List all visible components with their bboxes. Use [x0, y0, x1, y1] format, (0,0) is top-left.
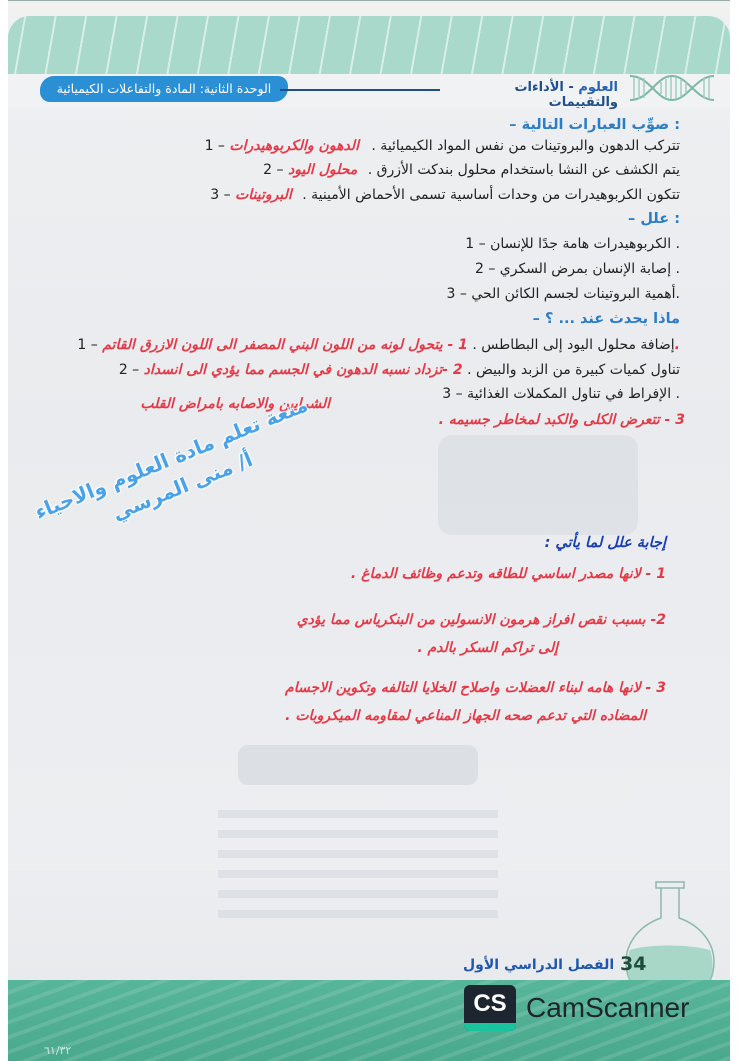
top-decorative-band [8, 16, 730, 74]
answer-explain-2-cont: إلى تراكم السكر بالدم . [417, 640, 558, 656]
faded-image-area [438, 435, 638, 535]
what-happens-item-1: 1 – إضافة محلول اليود إلى البطاطس . 1 - … [77, 337, 680, 353]
explain-heading: – علل : [628, 211, 680, 227]
explain-item-2: 2 – إصابة الإنسان بمرض السكري . [475, 261, 680, 277]
faded-activity-banner [238, 745, 478, 785]
answer-explain-2: 2- بسبب نقص افراز هرمون الانسولين من الب… [297, 612, 666, 628]
camscanner-logo-stripe [464, 1023, 516, 1031]
answer-explain-3-cont: المضاده التي تدعم صحه الجهاز المناعي لمق… [285, 708, 646, 724]
correct-item-1-answer: الدهون والكربوهيدرات [229, 138, 359, 154]
correct-heading: – صوِّب العبارات التالية : [509, 117, 680, 133]
answers-explain-heading: إجابة علل لما يأتي : [545, 535, 666, 551]
camscanner-wordmark: CamScanner [526, 992, 689, 1024]
top-paper-edge [8, 0, 730, 16]
subject-separator: - [564, 80, 578, 95]
camscanner-logo-text: CS [464, 990, 516, 1018]
unit-badge: الوحدة الثانية: المادة والتفاعلات الكيمي… [40, 76, 288, 102]
what-happens-heading: – ماذا يحدث عند ... ؟ [533, 311, 680, 327]
page-number: 34 [620, 953, 646, 975]
what-happens-item-3: 3 – الإفراط في تناول المكملات الغذائية . [442, 386, 680, 402]
answer-explain-1: 1 - لانها مصدر اساسي للطاقه وتدعم وظائف … [351, 566, 666, 582]
faded-text-block [218, 810, 498, 920]
scan-reference: ٦١/٣٢ [44, 1044, 71, 1057]
header-divider [280, 89, 440, 91]
what-happens-item-2: 2 – تناول كميات كبيرة من الزبد والبيض . … [119, 362, 680, 378]
answer-explain-3: 3 - لانها هامه لبناء العضلات واصلاح الخل… [285, 680, 666, 696]
worksheet-page: الوحدة الثانية: المادة والتفاعلات الكيمي… [8, 0, 730, 1061]
dna-icon [626, 68, 718, 108]
band-pattern [8, 16, 730, 74]
teacher-watermark: متعة تعلم مادة العلوم والاحياء أ/ منى ال… [17, 384, 359, 615]
what-happens-item-2-answer: 2 -تزداد نسبه الدهون في الجسم مما يؤدي ا… [144, 362, 463, 378]
semester-label: الفصل الدراسي الأول [463, 957, 614, 973]
correct-item-3-answer: البروتينات [235, 187, 292, 203]
explain-item-3: 3 – أهمية البروتينات لجسم الكائن الحي. [447, 286, 681, 302]
what-happens-item-3-answer: 3 - تتعرض الكلى والكبد لمخاطر جسيمه . [439, 412, 685, 428]
subject-main: العلوم [578, 80, 618, 95]
explain-item-1: 1 – الكربوهيدرات هامة جدًا للإنسان . [465, 236, 680, 252]
correct-item-3: 3 – تتكون الكربوهيدرات من وحدات أساسية ت… [210, 187, 680, 203]
correct-item-2-answer: محلول اليود [288, 162, 357, 178]
subject-title: العلوم - الأداءات والتقييمات [448, 80, 618, 110]
correct-item-2: 2 – يتم الكشف عن النشا باستخدام محلول بن… [263, 162, 680, 178]
correct-item-1: 1 – تتركب الدهون والبروتينات من نفس المو… [205, 138, 680, 154]
camscanner-logo-icon: CS [464, 985, 516, 1031]
